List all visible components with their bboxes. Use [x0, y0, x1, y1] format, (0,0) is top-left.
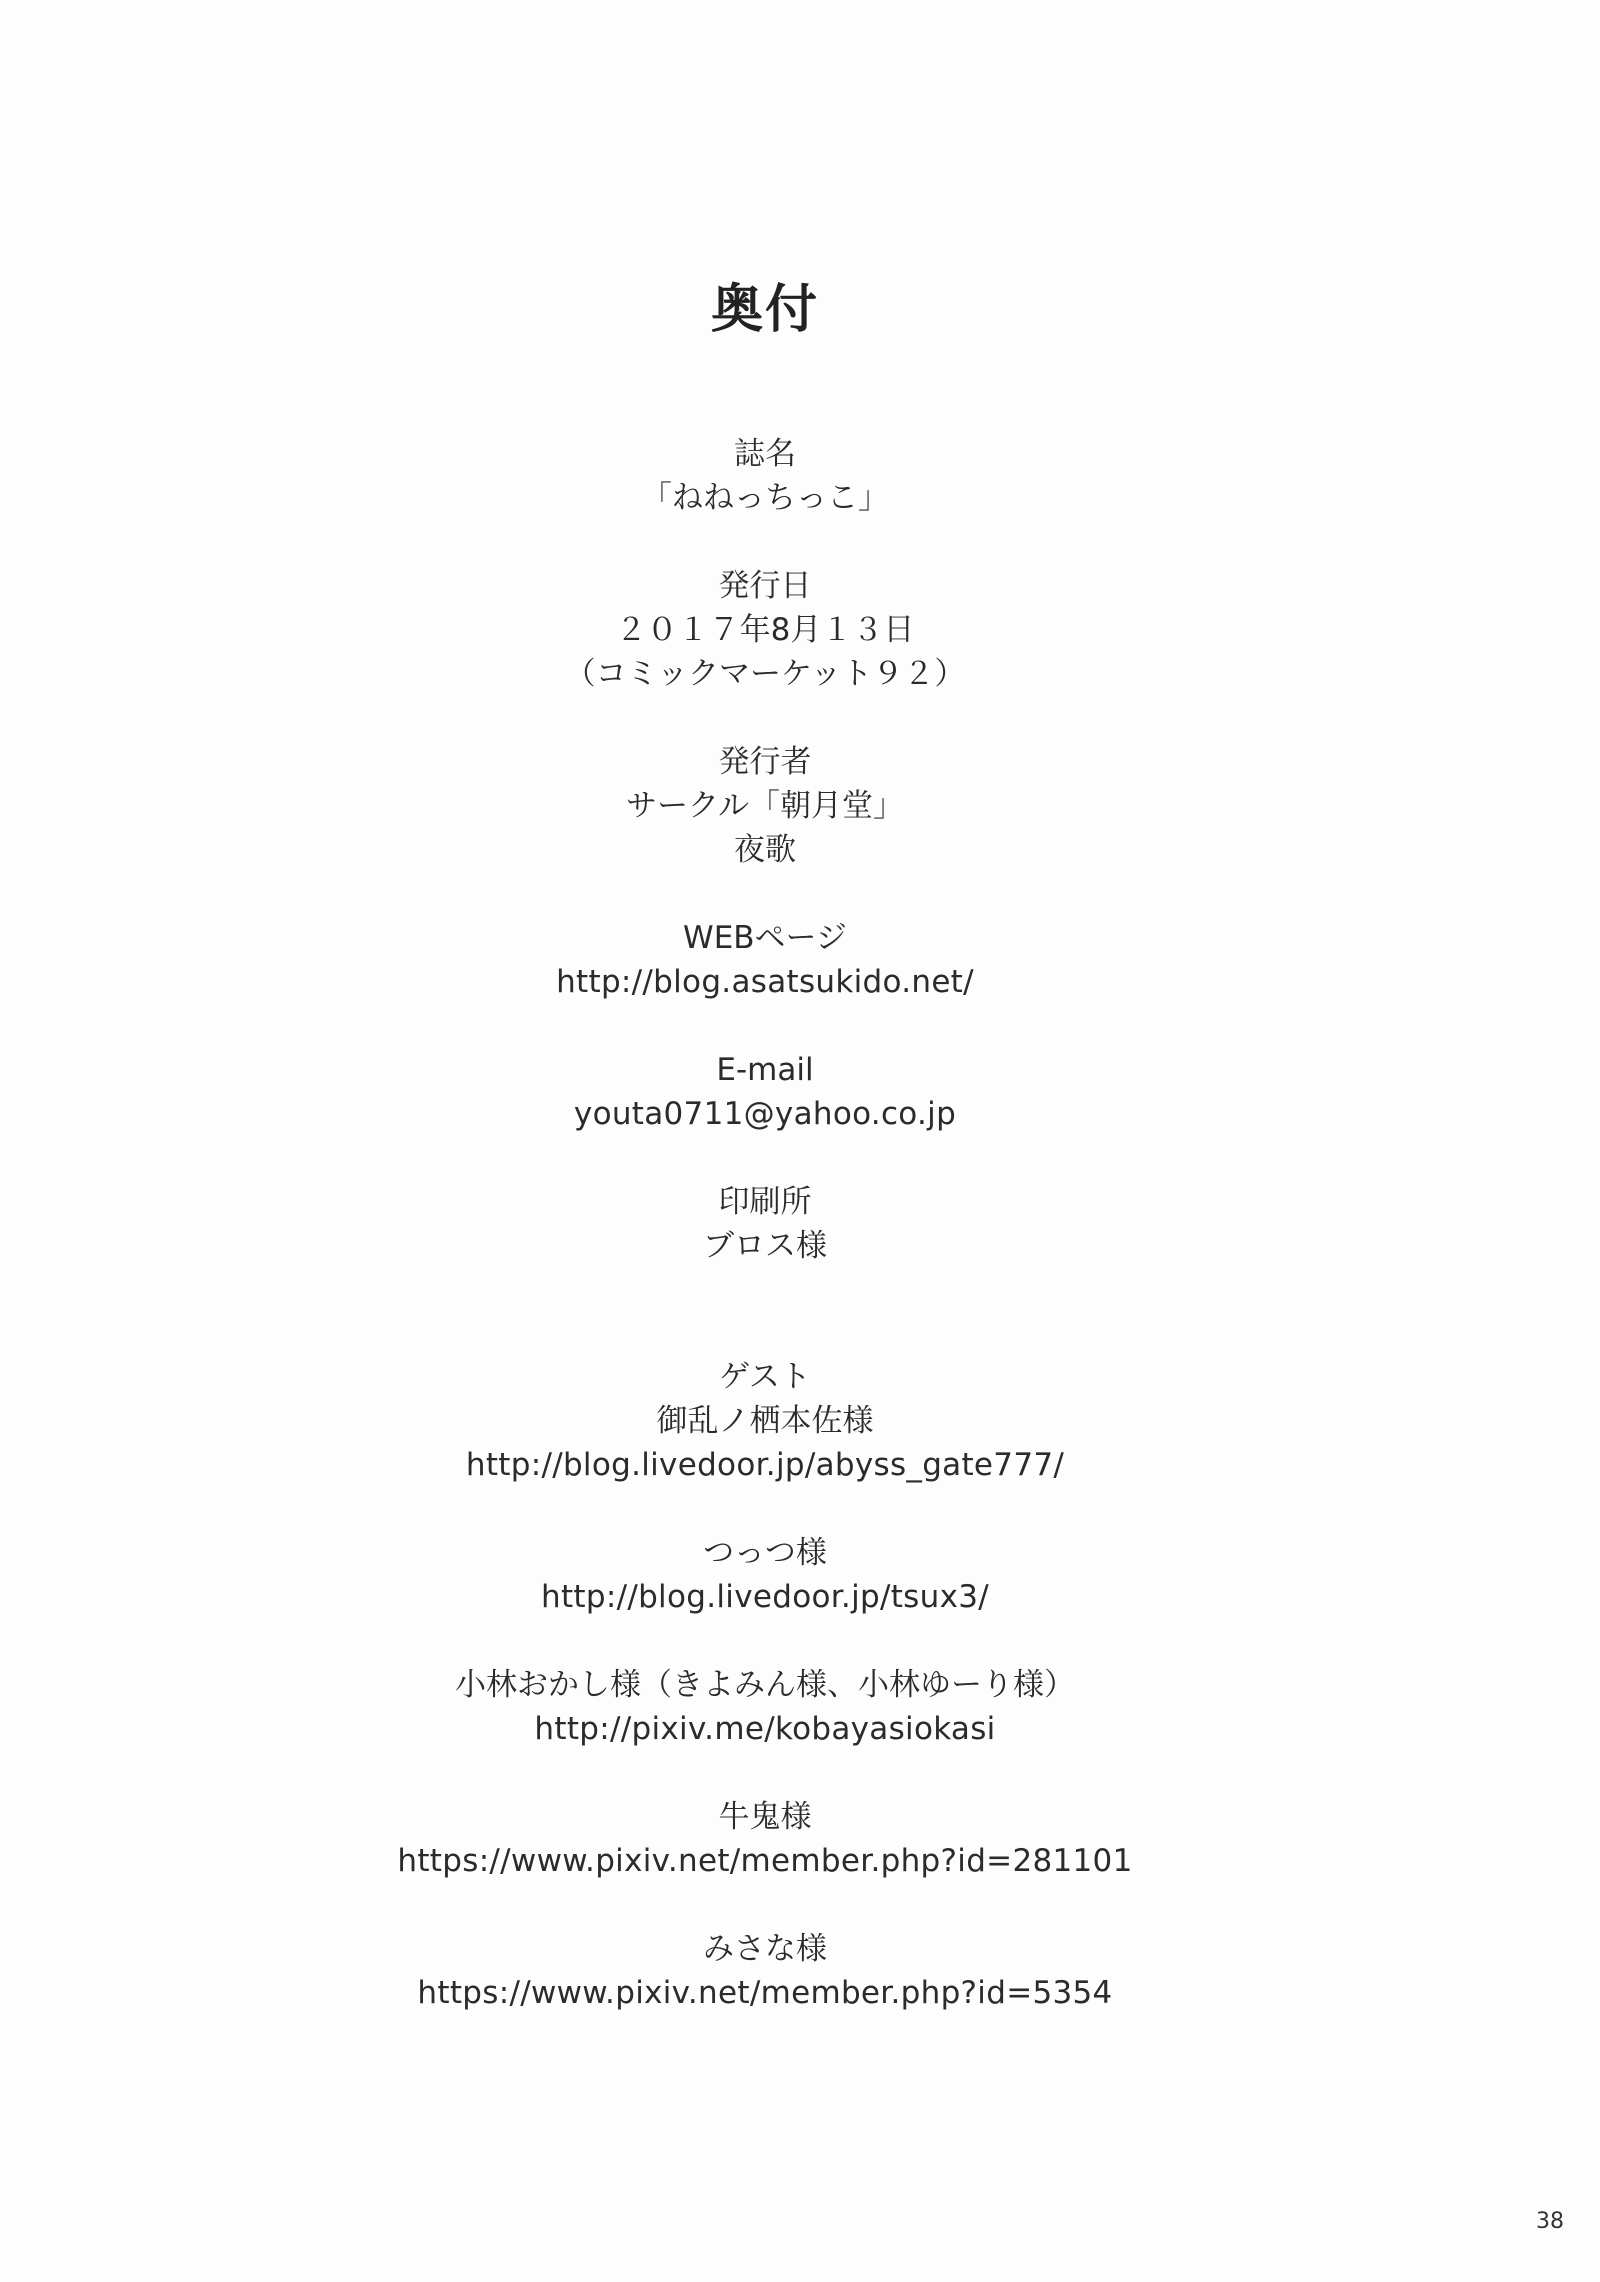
guest-name: 牛鬼様 — [0, 1795, 1530, 1839]
publication-event: （コミックマーケット９２） — [0, 652, 1530, 696]
publication-date-value: ２０１７年8月１３日 — [0, 608, 1530, 652]
guest-name: みさな様 — [0, 1927, 1530, 1971]
email-address: youta0711@yahoo.co.jp — [0, 1092, 1530, 1136]
guest-name: 御乱ノ栖本佐様 — [0, 1399, 1530, 1443]
guest-url: http://pixiv.me/kobayasiokasi — [0, 1707, 1530, 1751]
publisher-circle: サークル「朝月堂」 — [0, 784, 1530, 828]
web-page-url: http://blog.asatsukido.net/ — [0, 960, 1530, 1004]
guest-name: つっつ様 — [0, 1531, 1530, 1575]
guest-url: http://blog.livedoor.jp/abyss_gate777/ — [0, 1443, 1530, 1487]
guest-url: https://www.pixiv.net/member.php?id=2811… — [0, 1839, 1530, 1883]
guest-url: http://blog.livedoor.jp/tsux3/ — [0, 1575, 1530, 1619]
guests-label: ゲスト — [0, 1355, 1530, 1399]
guest-url: https://www.pixiv.net/member.php?id=5354 — [0, 1971, 1530, 2015]
magazine-name-value: 「ねねっちっこ」 — [0, 476, 1530, 520]
publisher-label: 発行者 — [0, 740, 1530, 784]
magazine-name-label: 誌名 — [0, 432, 1530, 476]
page-number: 38 — [1528, 2208, 1572, 2236]
web-page-label: WEBページ — [0, 916, 1530, 960]
guest-name: 小林おかし様（きよみん様、小林ゆーり様） — [0, 1663, 1530, 1707]
publisher-author: 夜歌 — [0, 828, 1530, 872]
email-label: E-mail — [0, 1048, 1530, 1092]
printer-label: 印刷所 — [0, 1180, 1530, 1224]
page-title: 奥付 — [0, 278, 1530, 342]
publication-date-label: 発行日 — [0, 564, 1530, 608]
printer-name: ブロス様 — [0, 1224, 1530, 1268]
colophon-page: 奥付 誌名 「ねねっちっこ」 発行日 ２０１７年8月１３日 （コミックマーケット… — [0, 0, 1600, 2282]
